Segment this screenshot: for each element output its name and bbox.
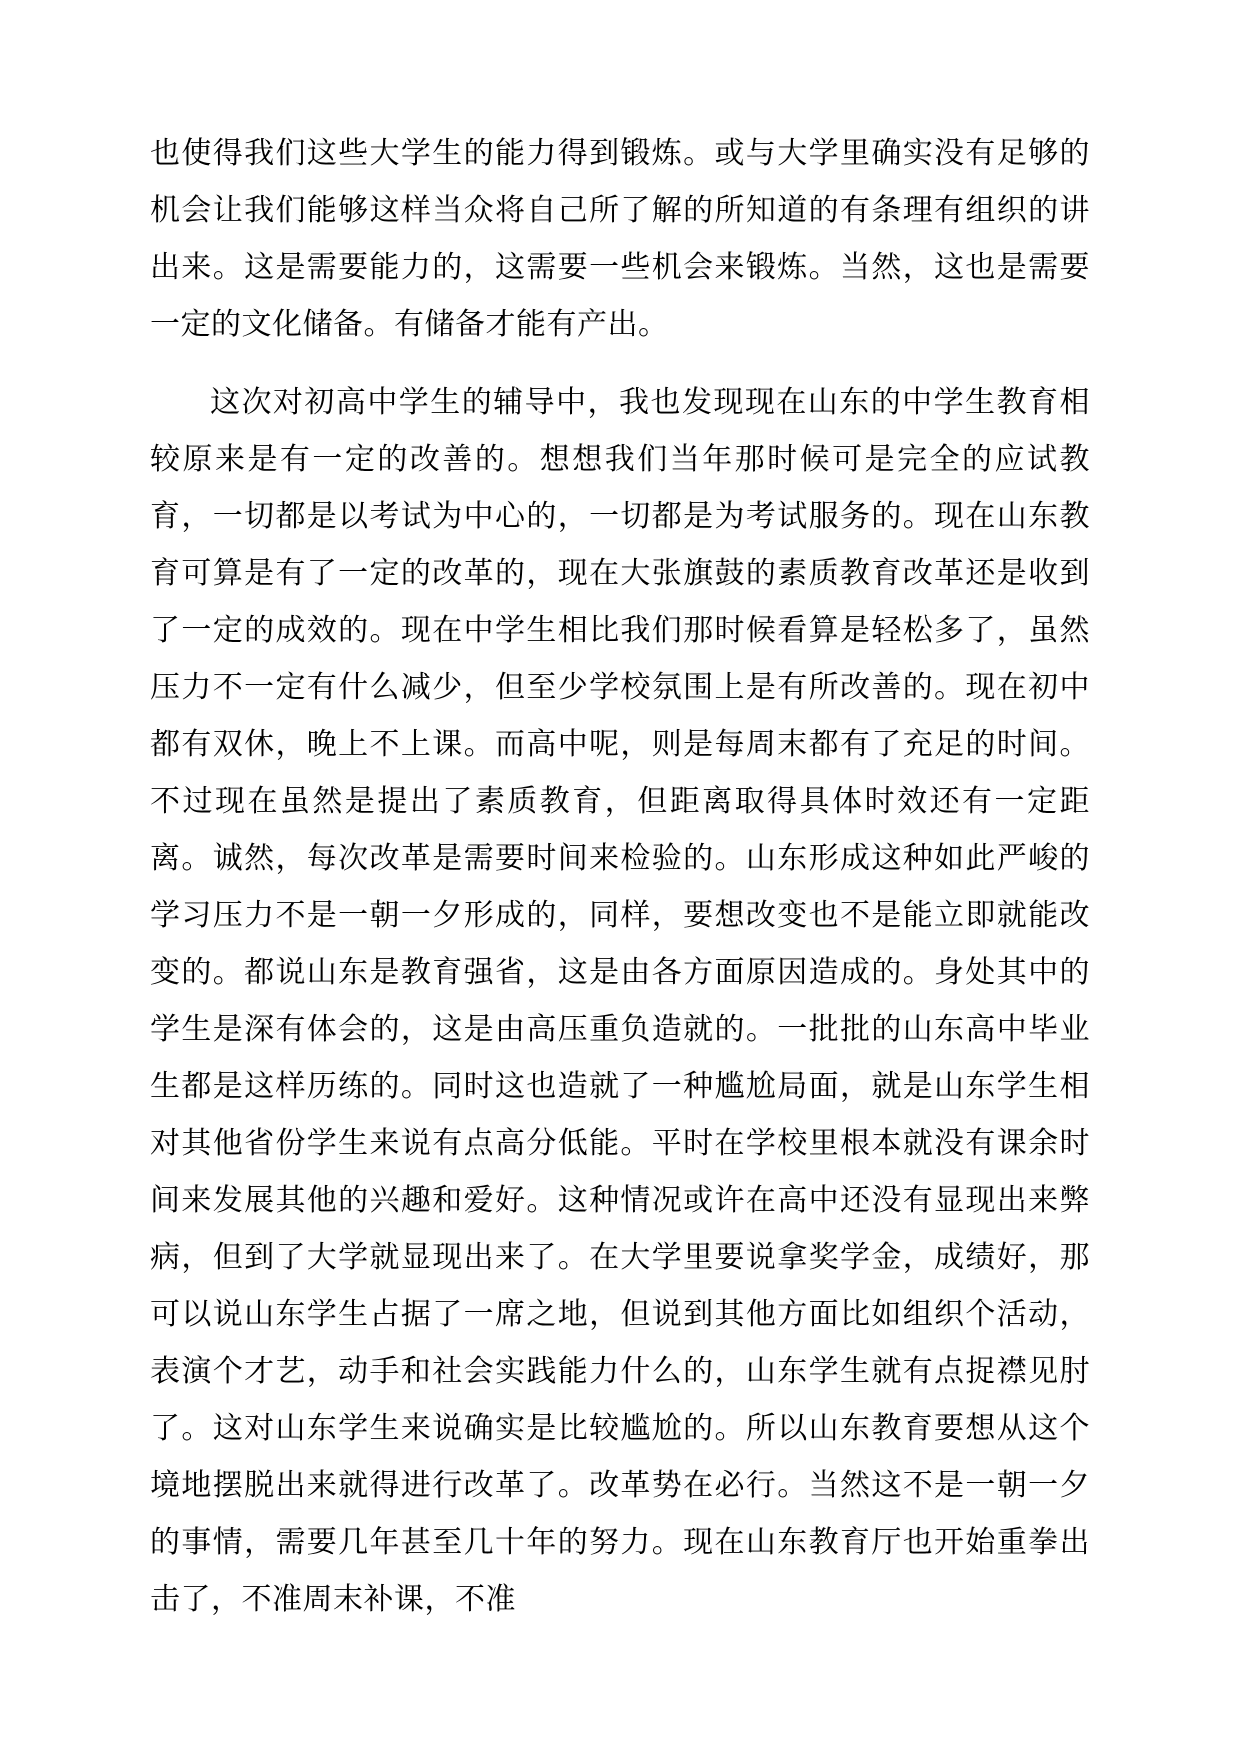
document-page: 也使得我们这些大学生的能力得到锻炼。或与大学里确实没有足够的机会让我们能够这样当…	[0, 0, 1241, 1754]
paragraph-body: 这次对初高中学生的辅导中，我也发现现在山东的中学生教育相较原来是有一定的改善的。…	[150, 374, 1090, 1628]
paragraph-continuation: 也使得我们这些大学生的能力得到锻炼。或与大学里确实没有足够的机会让我们能够这样当…	[150, 125, 1090, 353]
